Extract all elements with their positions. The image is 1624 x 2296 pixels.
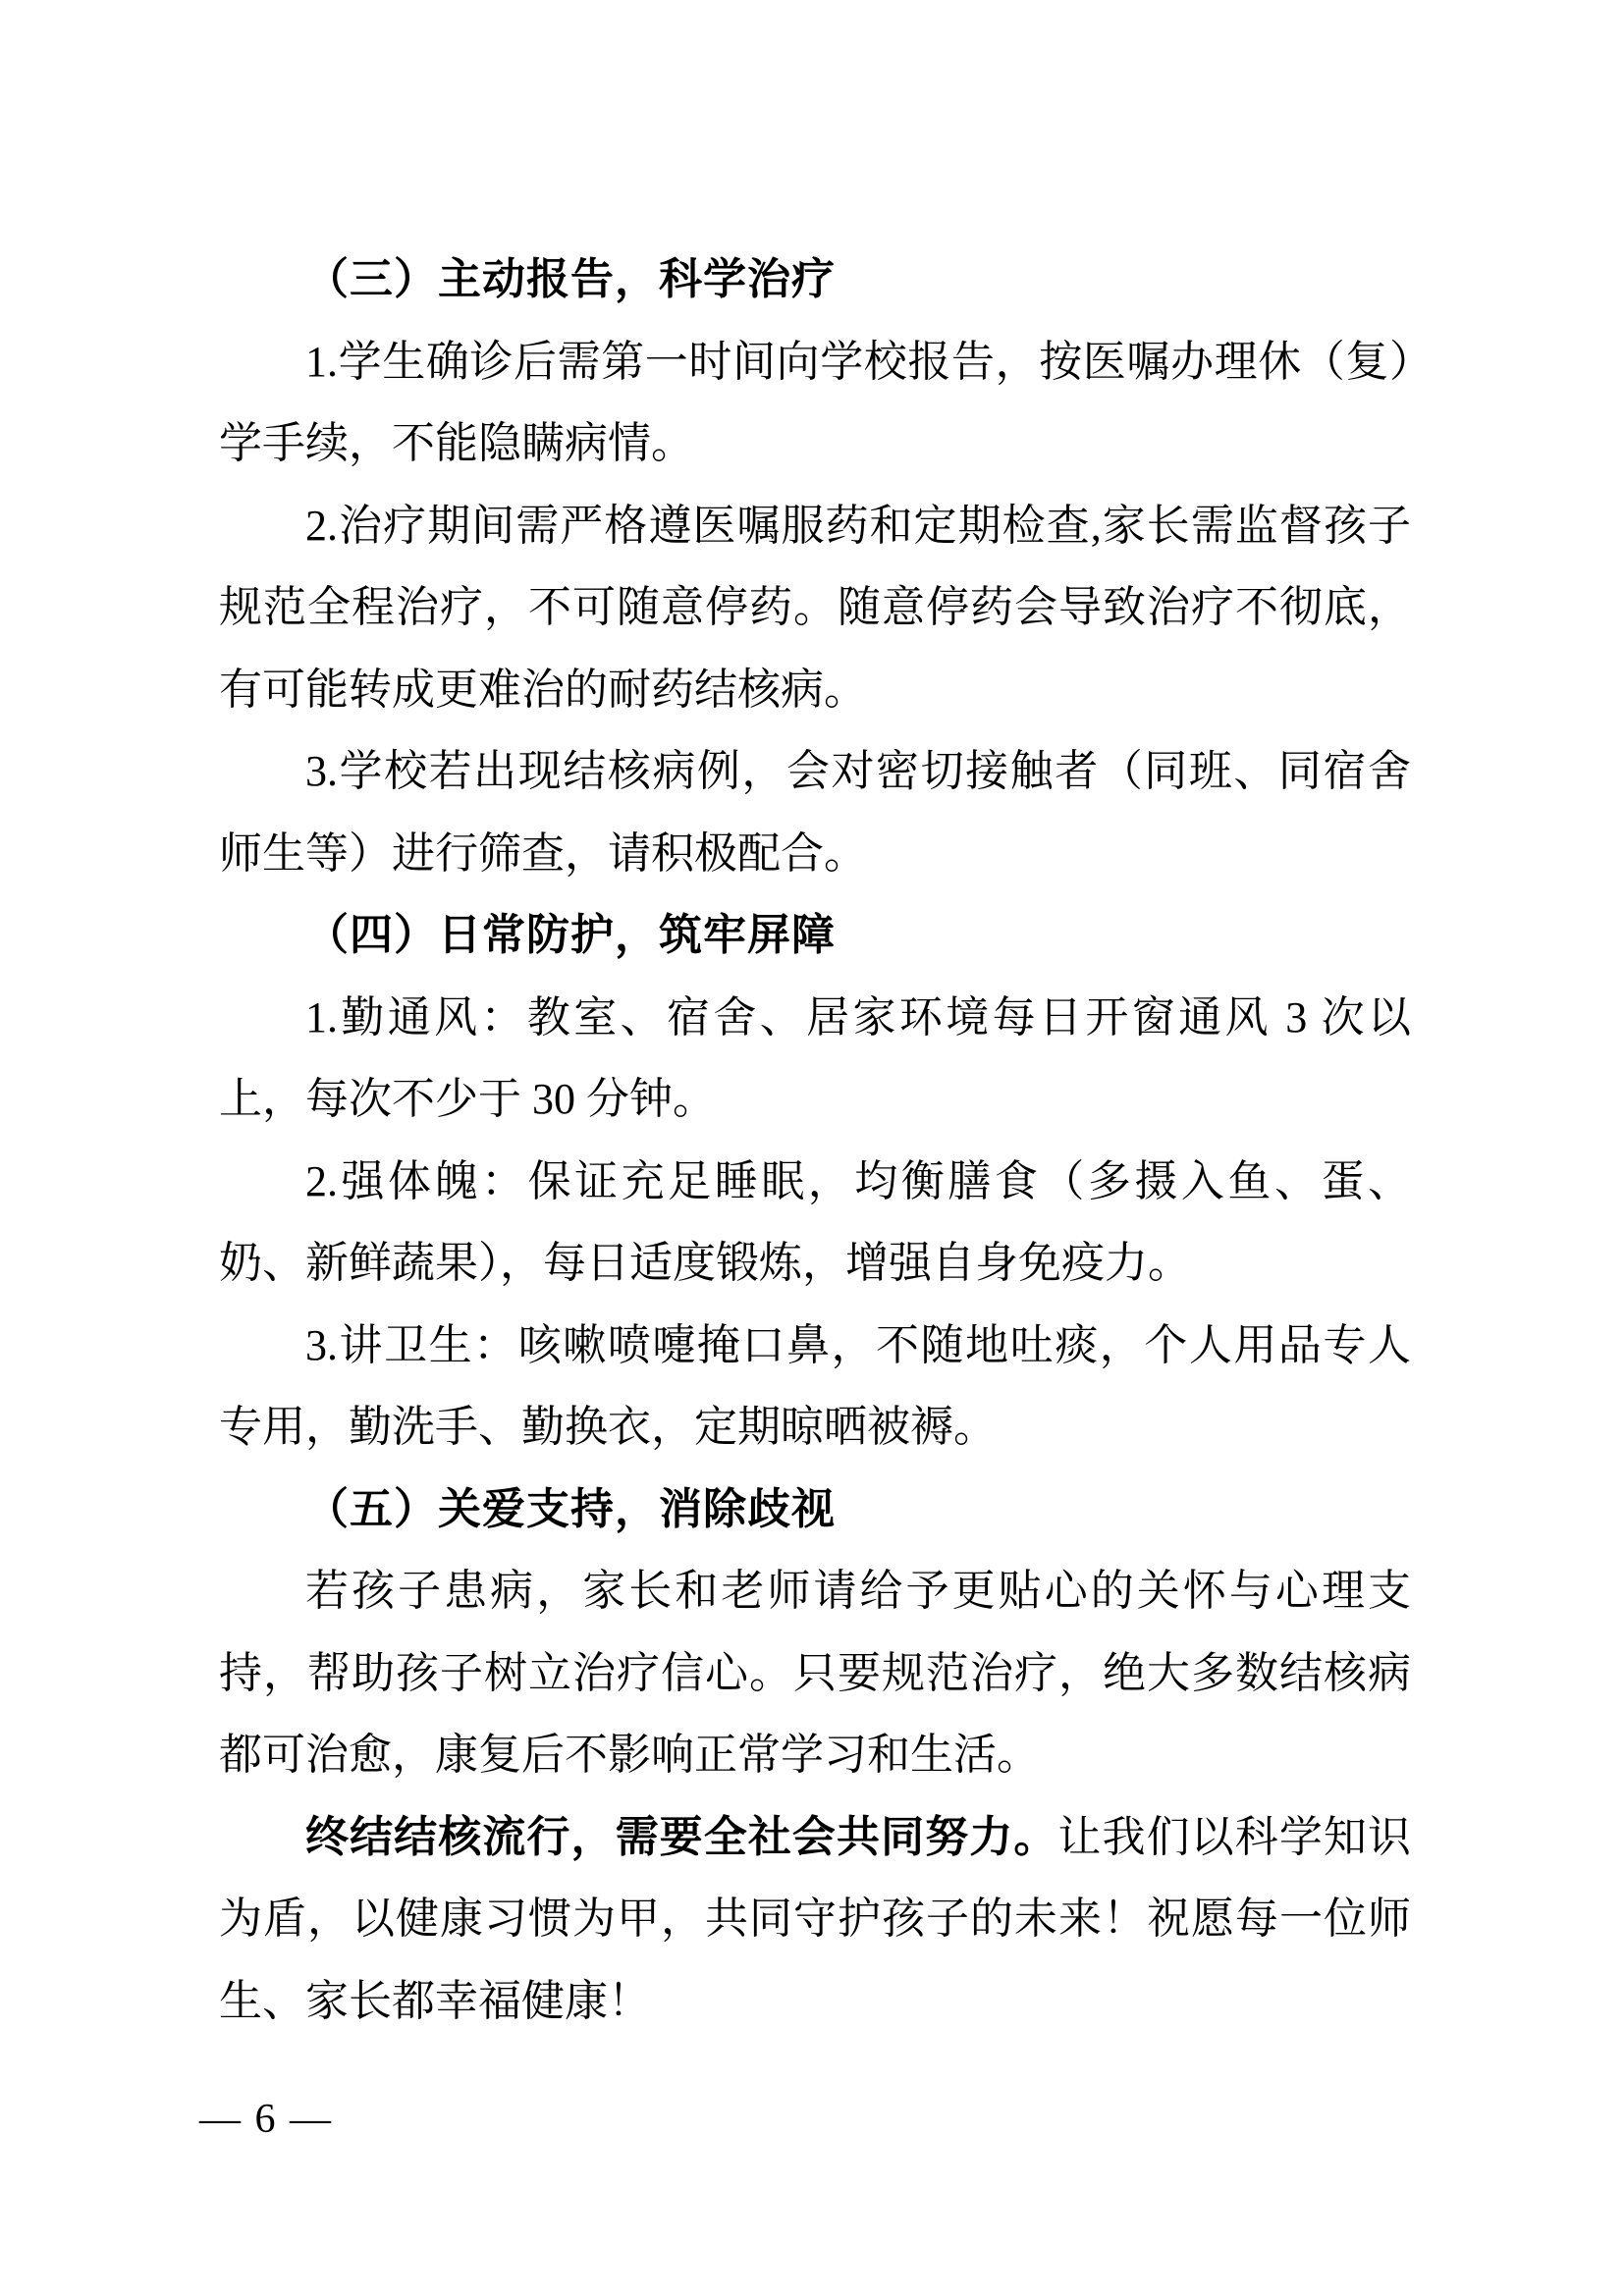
page-number: — 6 — (199, 2097, 333, 2142)
closing-bold-lead: 终结结核流行，需要全社会共同努力。 (305, 1813, 1057, 1861)
section-proactive-reporting: （三）主动报告，科学治疗 1.学生确诊后需第一时间向学校报告，按医嘱办理休（复）… (219, 239, 1411, 894)
document-body: （三）主动报告，科学治疗 1.学生确诊后需第一时间向学校报告，按医嘱办理休（复）… (219, 239, 1411, 2042)
paragraph: 1.勤通风：教室、宿舍、居家环境每日开窗通风 3 次以上，每次不少于 30 分钟… (219, 977, 1411, 1141)
paragraph: 2.治疗期间需严格遵医嘱服药和定期检查,家长需监督孩子规范全程治疗，不可随意停药… (219, 485, 1411, 731)
section-heading: （三）主动报告，科学治疗 (219, 239, 1411, 321)
section-care-support: （五）关爱支持，消除歧视 若孩子患病，家长和老师请给予更贴心的关怀与心理支持，帮… (219, 1468, 1411, 1796)
section-heading: （四）日常防护，筑牢屏障 (219, 894, 1411, 977)
paragraph: 3.学校若出现结核病例，会对密切接触者（同班、同宿舍师生等）进行筛查，请积极配合… (219, 730, 1411, 894)
page-footer: — 6 — (199, 2099, 333, 2140)
section-heading: （五）关爱支持，消除歧视 (219, 1468, 1411, 1551)
section-daily-protection: （四）日常防护，筑牢屏障 1.勤通风：教室、宿舍、居家环境每日开窗通风 3 次以… (219, 894, 1411, 1468)
paragraph: 3.讲卫生：咳嗽喷嚏掩口鼻，不随地吐痰，个人用品专人专用，勤洗手、勤换衣，定期晾… (219, 1305, 1411, 1468)
paragraph: 1.学生确诊后需第一时间向学校报告，按医嘱办理休（复）学手续，不能隐瞒病情。 (219, 321, 1411, 485)
paragraph: 若孩子患病，家长和老师请给予更贴心的关怀与心理支持，帮助孩子树立治疗信心。只要规… (219, 1550, 1411, 1796)
document-page: （三）主动报告，科学治疗 1.学生确诊后需第一时间向学校报告，按医嘱办理休（复）… (0, 0, 1624, 2296)
paragraph: 2.强体魄：保证充足睡眠，均衡膳食（多摄入鱼、蛋、奶、新鲜蔬果），每日适度锻炼，… (219, 1141, 1411, 1305)
closing-paragraph: 终结结核流行，需要全社会共同努力。让我们以科学知识为盾，以健康习惯为甲，共同守护… (219, 1796, 1411, 2043)
